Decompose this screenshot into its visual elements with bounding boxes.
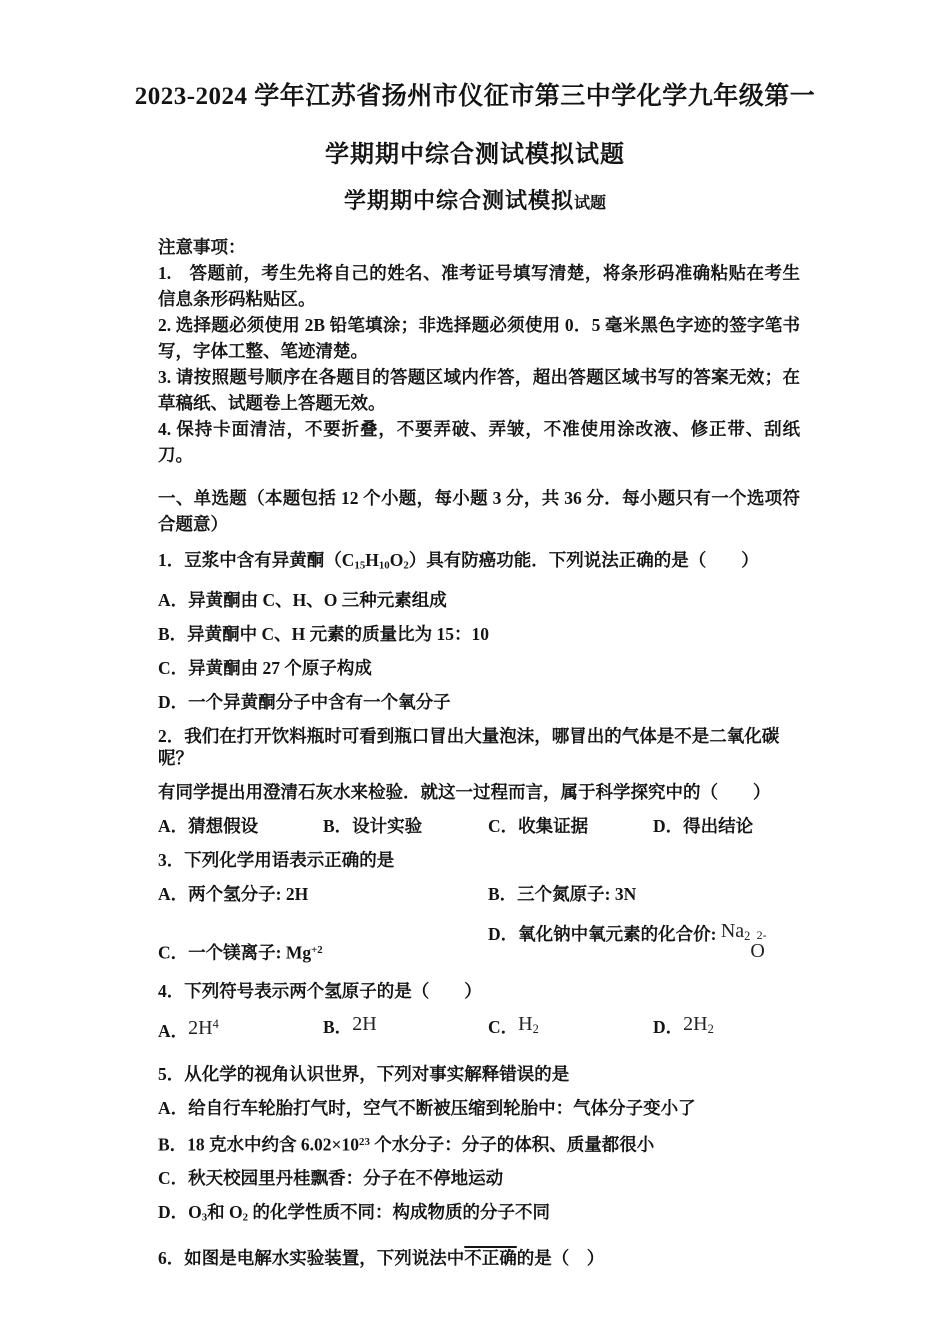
q4-option-a-formula: 2H4 [188, 1017, 219, 1039]
q3-options-row-cd: C．一个镁离子: Mg+2 D．氧化钠中氧元素的化合价: Na22-O [158, 923, 800, 964]
question-1-stem: 1．豆浆中含有异黄酮（C15H10O2）具有防癌功能．下列说法正确的是（ ） [158, 549, 800, 577]
question-3: 3．下列化学用语表示正确的是 A．两个氢分子: 2H B．三个氮原子: 3N C… [158, 849, 800, 964]
q4-option-b-formula: 2H [352, 1013, 376, 1035]
q3-options-row-ab: A．两个氢分子: 2H B．三个氮原子: 3N [158, 883, 800, 905]
q4-option-b: B．2H [323, 1016, 488, 1043]
notice-heading: 注意事项： [158, 234, 800, 260]
q4-option-c-formula: H2 [518, 1013, 539, 1035]
q4-option-a-label: A． [158, 1021, 188, 1041]
q1-sub-15: 15 [354, 560, 365, 572]
question-2: 2．我们在打开饮料瓶时可看到瓶口冒出大量泡沫，哪冒出的气体是不是二氧化碳呢？ 有… [158, 725, 800, 837]
q4-option-c: C．H2 [488, 1016, 653, 1043]
q3-option-d: D．氧化钠中氧元素的化合价: Na22-O [488, 923, 818, 964]
q2-options-row: A．猜想假设 B．设计实验 C．收集证据 D．得出结论 [158, 815, 800, 837]
q5-option-d-text3: 的化学性质不同：构成物质的分子不同 [248, 1202, 550, 1222]
q4-option-b-label: B． [323, 1017, 352, 1037]
q4-formula-d-sub: 2 [708, 1022, 714, 1036]
q3-option-d-text: D．氧化钠中氧元素的化合价: [488, 924, 721, 944]
exam-title-line3: 学期期中综合测试模拟试题 [0, 189, 950, 216]
notice-item-4: 4. 保持卡面清洁，不要折叠，不要弄破、弄皱，不准使用涂改液、修正带、刮纸刀。 [158, 416, 800, 468]
q5-option-d-text2: 和 O [207, 1202, 243, 1222]
question-5: 5．从化学的视角认识世界，下列对事实解释错误的是 A．给自行车轮胎打气时，空气不… [158, 1063, 800, 1229]
question-2-stem-line2: 有同学提出用澄清石灰水来检验．就这一过程而言，属于科学探究中的（ ） [158, 781, 800, 803]
q6-stem-text2: 的是（ ） [517, 1248, 605, 1268]
question-4-stem: 4．下列符号表示两个氢原子的是（ ） [158, 980, 800, 1002]
q4-option-c-label: C． [488, 1017, 518, 1037]
q1-option-d: D．一个异黄酮分子中含有一个氧分子 [158, 691, 800, 713]
q3-option-a: A．两个氢分子: 2H [158, 883, 488, 905]
exam-body: 注意事项： 1. 答题前，考生先将自己的姓名、准考证号填写清楚，将条形码准确粘贴… [158, 234, 800, 1269]
notice-item-2: 2. 选择题必须使用 2B 铅笔填涂；非选择题必须使用 0．5 毫米黑色字迹的签… [158, 312, 800, 364]
q2-option-b: B．设计实验 [323, 815, 488, 837]
q5-option-b-text2: 个水分子：分子的体积、质量都很小 [370, 1134, 654, 1154]
q3-formula-o: O [750, 941, 764, 961]
q1-option-c: C．异黄酮由 27 个原子构成 [158, 657, 800, 679]
q2-option-a: A．猜想假设 [158, 815, 323, 837]
q1-option-b: B．异黄酮中 C、H 元素的质量比为 15：10 [158, 623, 800, 645]
section-heading-single-choice: 一、单选题（本题包括 12 个小题，每小题 3 分，共 36 分．每小题只有一个… [158, 485, 800, 537]
notice-section: 注意事项： 1. 答题前，考生先将自己的姓名、准考证号填写清楚，将条形码准确粘贴… [158, 234, 800, 468]
q4-formula-b: 2H [352, 1013, 376, 1035]
question-6: 6．如图是电解水实验装置，下列说法中不正确的是（ ） [158, 1247, 800, 1269]
q2-option-c: C．收集证据 [488, 815, 653, 837]
q4-formula-d: 2H [683, 1013, 707, 1035]
question-5-stem: 5．从化学的视角认识世界，下列对事实解释错误的是 [158, 1063, 800, 1085]
q6-stem-text: 6．如图是电解水实验装置，下列说法中 [158, 1248, 464, 1268]
q1-stem-text: ）具有防癌功能．下列说法正确的是（ ） [409, 550, 759, 570]
q4-options-row: A．2H4 B．2H C．H2 D．2H2 [158, 1016, 800, 1043]
q1-option-a: A．异黄酮由 C、H、O 三种元素组成 [158, 589, 800, 611]
question-6-stem: 6．如图是电解水实验装置，下列说法中不正确的是（ ） [158, 1247, 800, 1269]
question-4: 4．下列符号表示两个氢原子的是（ ） A．2H4 B．2H C．H2 D．2H2 [158, 980, 800, 1043]
exam-title-line3-main: 学期期中综合测试模拟 [344, 188, 574, 213]
q3-formula-na: Na [721, 920, 744, 942]
q4-formula-a: 2H [188, 1017, 212, 1039]
q5-option-d: D．O3和 O2 的化学性质不同：构成物质的分子不同 [158, 1201, 800, 1229]
q4-option-d-formula: 2H2 [683, 1013, 714, 1035]
exam-title-line2: 学期期中综合测试模拟试题 [0, 141, 950, 169]
question-2-stem-line1: 2．我们在打开饮料瓶时可看到瓶口冒出大量泡沫，哪冒出的气体是不是二氧化碳呢？ [158, 725, 800, 769]
q3-valence-label: 2- [757, 930, 767, 941]
q4-option-a: A．2H4 [158, 1016, 323, 1043]
q5-option-a: A．给自行车轮胎打气时，空气不断被压缩到轮胎中：气体分子变小了 [158, 1097, 800, 1119]
q3-option-b: B．三个氮原子: 3N [488, 883, 818, 905]
q3-valence-stack: 2-O [750, 930, 764, 961]
exam-title-line3-small: 试题 [574, 195, 606, 212]
q2-option-d: D．得出结论 [653, 815, 818, 837]
q5-option-b-superscript: 23 [359, 1136, 370, 1148]
notice-item-1: 1. 答题前，考生先将自己的姓名、准考证号填写清楚，将条形码准确粘贴在考生信息条… [158, 260, 800, 312]
q1-stem-text: H [365, 550, 379, 570]
exam-title-line1: 2023-2024 学年江苏省扬州市仪征市第三中学化学九年级第一 [0, 83, 950, 111]
q5-option-b-text: B．18 克水中约含 6.02×10 [158, 1134, 359, 1154]
question-1: 1．豆浆中含有异黄酮（C15H10O2）具有防癌功能．下列说法正确的是（ ） A… [158, 549, 800, 713]
question-3-stem: 3．下列化学用语表示正确的是 [158, 849, 800, 871]
notice-item-3: 3. 请按照题号顺序在各题目的答题区域内作答，超出答题区域书写的答案无效；在草稿… [158, 364, 800, 416]
exam-title-block: 2023-2024 学年江苏省扬州市仪征市第三中学化学九年级第一 学期期中综合测… [0, 0, 950, 216]
q3-option-c-superscript: +2 [311, 944, 323, 956]
q3-option-d-formula: Na22-O [721, 920, 765, 942]
q5-option-c: C．秋天校园里丹桂飘香：分子在不停地运动 [158, 1167, 800, 1189]
q1-stem-text: O [390, 550, 404, 570]
q4-formula-a-sup: 4 [213, 1017, 219, 1031]
q4-formula-c: H [518, 1013, 532, 1035]
q5-option-d-text: D．O [158, 1202, 202, 1222]
q5-option-b: B．18 克水中约含 6.02×1023 个水分子：分子的体积、质量都很小 [158, 1131, 800, 1155]
q1-stem-text: 1．豆浆中含有异黄酮（C [158, 550, 354, 570]
q6-emphasis-incorrect: 不正确 [464, 1248, 517, 1268]
q4-option-d-label: D． [653, 1017, 683, 1037]
q4-formula-c-sub: 2 [533, 1022, 539, 1036]
q3-option-c: C．一个镁离子: Mg+2 [158, 939, 488, 963]
q4-option-d: D．2H2 [653, 1016, 818, 1043]
exam-paper-page: 2023-2024 学年江苏省扬州市仪征市第三中学化学九年级第一 学期期中综合测… [0, 0, 950, 1344]
q3-option-c-text: C．一个镁离子: Mg [158, 943, 311, 963]
q1-sub-10: 10 [379, 560, 390, 572]
